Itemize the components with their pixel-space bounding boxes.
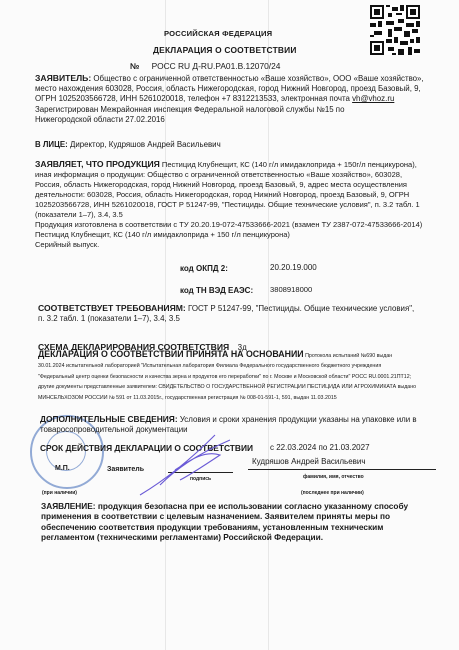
manufacture-text: Продукция изготовлена в соответствии с Т… — [35, 220, 425, 240]
stamp-label: М.П. — [55, 465, 70, 472]
signature-icon — [135, 430, 245, 500]
qr-code-icon — [370, 5, 420, 55]
product-block: ЗАЯВЛЯЕТ, ЧТО ПРОДУКЦИЯ Пестицид Клубнещ… — [35, 159, 425, 250]
email-link[interactable]: vh@vhoz.ru — [352, 94, 394, 103]
basis-block: ДЕКЛАРАЦИЯ О СООТВЕТСТВИИ ПРИНЯТА НА ОСН… — [38, 349, 418, 403]
okpd-value: 20.20.19.000 — [270, 263, 317, 272]
release-text: Серийный выпуск. — [35, 240, 425, 250]
additional-label: ДОПОЛНИТЕЛЬНЫЕ СВЕДЕНИЯ: — [40, 414, 178, 424]
basis-label: ДЕКЛАРАЦИЯ О СООТВЕТСТВИИ ПРИНЯТА НА ОСН… — [38, 349, 304, 359]
tnved-label: код ТН ВЭД ЕАЭС: — [180, 286, 253, 295]
document-title: ДЕКЛАРАЦИЯ О СООТВЕТСТВИИ — [153, 45, 297, 55]
okpd-label: код ОКПД 2: — [180, 264, 228, 273]
number-label: № — [130, 61, 139, 71]
product-label: ЗАЯВЛЯЕТ, ЧТО ПРОДУКЦИЯ — [35, 159, 160, 169]
declaration-number: № РОСС RU Д-RU.РА01.В.12070/24 — [130, 61, 280, 71]
signatory-name: Кудряшов Андрей Васильевич — [252, 457, 366, 466]
name-caption: фамилия, имя, отчество — [303, 474, 364, 480]
number-value: РОСС RU Д-RU.РА01.В.12070/24 — [152, 61, 281, 71]
basis-text: Протокола испытаний №690 выдан 30.01.202… — [38, 353, 416, 401]
representative-block: В ЛИЦЕ: Директор, Кудряшов Андрей Василь… — [35, 140, 435, 150]
statement-block: ЗАЯВЛЕНИЕ: продукция безопасна при ее ис… — [41, 501, 426, 543]
country-heading: РОССИЙСКАЯ ФЕДЕРАЦИЯ — [164, 29, 272, 38]
requirements-label: СООТВЕТСТВУЕТ ТРЕБОВАНИЯМ: — [38, 303, 186, 313]
registration-text: Зарегистрирован Межрайонная инспекция Фе… — [35, 105, 365, 125]
representative-text: Директор, Кудряшов Андрей Васильевич — [70, 140, 221, 149]
representative-label: В ЛИЦЕ: — [35, 140, 68, 149]
stamp-note: (при наличии) — [42, 490, 77, 496]
name-line — [248, 469, 436, 470]
applicant-block: ЗАЯВИТЕЛЬ: Общество с ограниченной ответ… — [35, 73, 435, 125]
requirements-block: СООТВЕТСТВУЕТ ТРЕБОВАНИЯМ: ГОСТ Р 51247-… — [38, 303, 418, 324]
name-caption-note: (последнее при наличии) — [301, 490, 364, 496]
tnved-value: 3808918000 — [270, 285, 312, 294]
applicant-label: ЗАЯВИТЕЛЬ: — [35, 73, 91, 83]
validity-dates: с 22.03.2024 по 21.03.2027 — [270, 443, 370, 452]
